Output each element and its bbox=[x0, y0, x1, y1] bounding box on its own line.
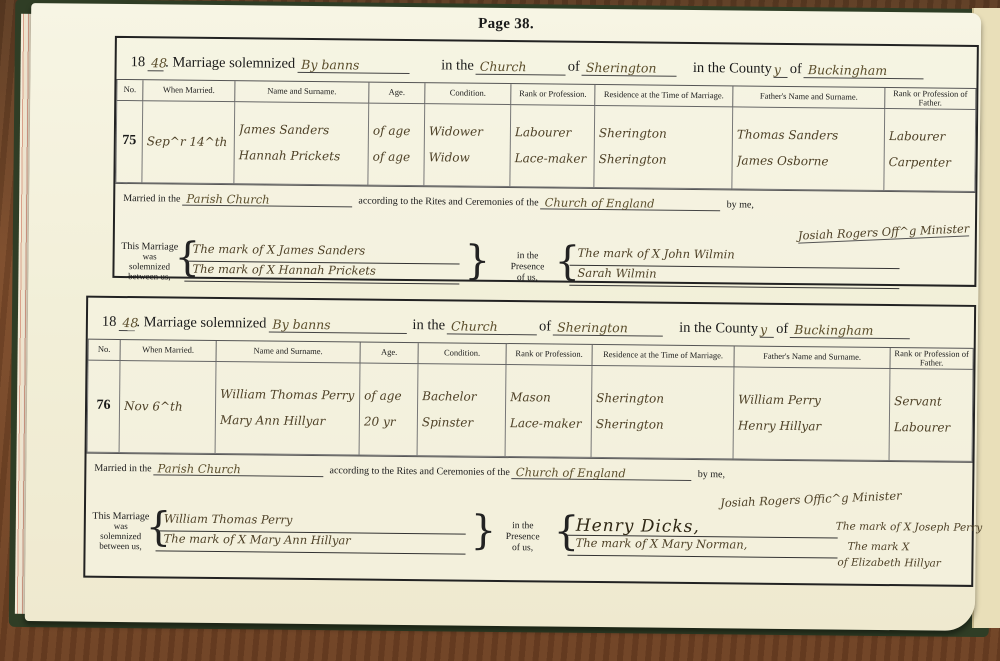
father-name-cell: Thomas SandersJames Osborne bbox=[732, 107, 885, 191]
entry-number: 75 bbox=[116, 100, 143, 182]
of-label: of bbox=[568, 59, 580, 76]
father-rank-cell: LabourerCarpenter bbox=[884, 108, 976, 191]
entry-number: 76 bbox=[87, 360, 120, 452]
header-when-married: When Married. bbox=[143, 80, 235, 101]
county-label: in the County bbox=[693, 60, 772, 78]
this-marriage-label: This Marriage was solemnized between us, bbox=[92, 511, 150, 552]
header-age: Age. bbox=[360, 343, 418, 364]
name-cell: James SandersHannah Prickets bbox=[234, 102, 369, 185]
rites-of: Church of England bbox=[512, 466, 692, 482]
county-suffix: y bbox=[760, 323, 774, 338]
officiating-minister: Josiah Rogers Offic^g Minister bbox=[720, 488, 902, 510]
table-row: 75 Sep^r 14^th James SandersHannah Prick… bbox=[116, 100, 976, 191]
rank-cell: MasonLace-maker bbox=[505, 364, 592, 457]
county: Buckingham bbox=[804, 63, 924, 79]
when-married: Nov 6^th bbox=[119, 360, 216, 453]
header-no: No. bbox=[117, 80, 143, 101]
header-father-name: Father's Name and Surname. bbox=[734, 346, 890, 368]
name-cell: William Thomas PerryMary Ann Hillyar bbox=[215, 361, 360, 455]
bride-name: Mary Ann Hillyar bbox=[220, 407, 355, 434]
father-rank-cell: ServantLabourer bbox=[889, 368, 973, 461]
condition-cell: BachelorSpinster bbox=[417, 363, 506, 456]
presence-label: in the Presence of us, bbox=[498, 521, 548, 554]
officiating-minister: Josiah Rogers Off^g Minister bbox=[797, 221, 969, 243]
solemnized-label: . Marriage solemnized bbox=[136, 314, 266, 332]
parish: Sherington bbox=[553, 321, 663, 337]
year-prefix: 18 bbox=[131, 54, 146, 71]
register-table: No. When Married. Name and Surname. Age.… bbox=[115, 80, 976, 192]
residence-cell: SheringtonSherington bbox=[591, 365, 734, 458]
witness-4-mark: The mark X bbox=[848, 540, 910, 553]
witness-signatures: Henry Dicks, The mark of X Mary Norman, bbox=[568, 516, 838, 559]
header-condition: Condition. bbox=[425, 83, 511, 104]
condition-cell: WidowerWidow bbox=[424, 104, 511, 187]
solemnized-label: . Marriage solemnized bbox=[165, 54, 295, 72]
brace-icon: } bbox=[464, 240, 490, 280]
header-residence: Residence at the Time of Marriage. bbox=[592, 345, 734, 367]
groom-name: William Thomas Perry bbox=[220, 381, 355, 408]
married-in-place: Parish Church bbox=[154, 462, 324, 477]
header-father-rank: Rank or Profession of Father. bbox=[885, 88, 976, 109]
solemnized-by: By banns bbox=[268, 318, 406, 334]
register-page: Page 38. 1848. Marriage solemnized By ba… bbox=[25, 3, 981, 631]
father-name-cell: William PerryHenry Hillyar bbox=[733, 367, 890, 461]
married-in-place: Parish Church bbox=[182, 192, 352, 207]
rank-cell: LabourerLace-maker bbox=[510, 104, 595, 187]
year-suffix: 48 bbox=[147, 57, 163, 72]
header-no: No. bbox=[88, 340, 120, 361]
header-when-married: When Married. bbox=[120, 340, 216, 361]
year-prefix: 18 bbox=[102, 314, 117, 331]
of-label: of bbox=[539, 318, 551, 335]
witness-3-signature: The mark of X Joseph Perry bbox=[836, 520, 982, 534]
table-row: 76 Nov 6^th William Thomas PerryMary Ann… bbox=[87, 360, 973, 461]
witness-1-signature: Henry Dicks, bbox=[568, 516, 838, 539]
brace-icon: } bbox=[471, 511, 497, 551]
witness-4-signature: of Elizabeth Hillyar bbox=[837, 556, 941, 569]
county-of-label: of bbox=[776, 321, 788, 338]
county-suffix: y bbox=[774, 63, 788, 78]
marriage-entry-75: 1848. Marriage solemnized By banns in th… bbox=[112, 36, 978, 287]
presence-label: in the Presence of us, bbox=[502, 251, 552, 284]
county-of-label: of bbox=[790, 61, 802, 78]
marriage-entry-76: 1848. Marriage solemnized By banns in th… bbox=[83, 296, 976, 587]
year-suffix: 48 bbox=[118, 316, 134, 331]
rites-of: Church of England bbox=[541, 196, 721, 212]
bride-name: Hannah Prickets bbox=[239, 143, 364, 170]
county-label: in the County bbox=[679, 320, 758, 338]
party-signatures: William Thomas Perry The mark of X Mary … bbox=[156, 511, 466, 554]
solemnized-by: By banns bbox=[297, 58, 409, 74]
in-the-label: in the bbox=[412, 317, 445, 334]
signature-block: Josiah Rogers Off^g Minister This Marria… bbox=[114, 213, 975, 294]
page-number: Page 38. bbox=[31, 11, 981, 38]
bride-signature: The mark of X Mary Ann Hillyar bbox=[156, 531, 466, 554]
age-cell: of ageof age bbox=[368, 103, 425, 186]
header-residence: Residence at the Time of Marriage. bbox=[595, 85, 733, 107]
when-married: Sep^r 14^th bbox=[142, 101, 235, 184]
signature-block: Josiah Rogers Offic^g Minister This Marr… bbox=[85, 482, 972, 573]
witness-2-signature: Sarah Wilmin bbox=[569, 266, 899, 289]
groom-name: James Sanders bbox=[239, 117, 364, 144]
header-father-name: Father's Name and Surname. bbox=[733, 86, 885, 108]
header-name: Name and Surname. bbox=[235, 81, 369, 103]
header-age: Age. bbox=[369, 83, 425, 104]
bride-signature: The mark of X Hannah Prickets bbox=[184, 262, 459, 285]
witness-signatures: The mark of X John Wilmin Sarah Wilmin bbox=[569, 246, 899, 289]
parish: Sherington bbox=[582, 61, 677, 77]
header-father-rank: Rank or Profession of Father. bbox=[890, 348, 973, 369]
residence-cell: SheringtonSherington bbox=[594, 105, 733, 188]
in-the-label: in the bbox=[441, 57, 474, 74]
party-signatures: The mark of X James Sanders The mark of … bbox=[184, 242, 459, 285]
header-condition: Condition. bbox=[418, 343, 506, 364]
header-rank: Rank or Profession. bbox=[506, 344, 592, 365]
witness-2-signature: The mark of X Mary Norman, bbox=[568, 536, 838, 559]
header-name: Name and Surname. bbox=[216, 341, 360, 363]
county: Buckingham bbox=[790, 323, 910, 339]
age-cell: of age20 yr bbox=[359, 363, 418, 456]
header-rank: Rank or Profession. bbox=[511, 84, 595, 105]
place-type: Church bbox=[476, 60, 566, 76]
register-table: No. When Married. Name and Surname. Age.… bbox=[87, 340, 974, 462]
this-marriage-label: This Marriage was solemnized between us, bbox=[120, 241, 178, 282]
place-type: Church bbox=[447, 320, 537, 336]
